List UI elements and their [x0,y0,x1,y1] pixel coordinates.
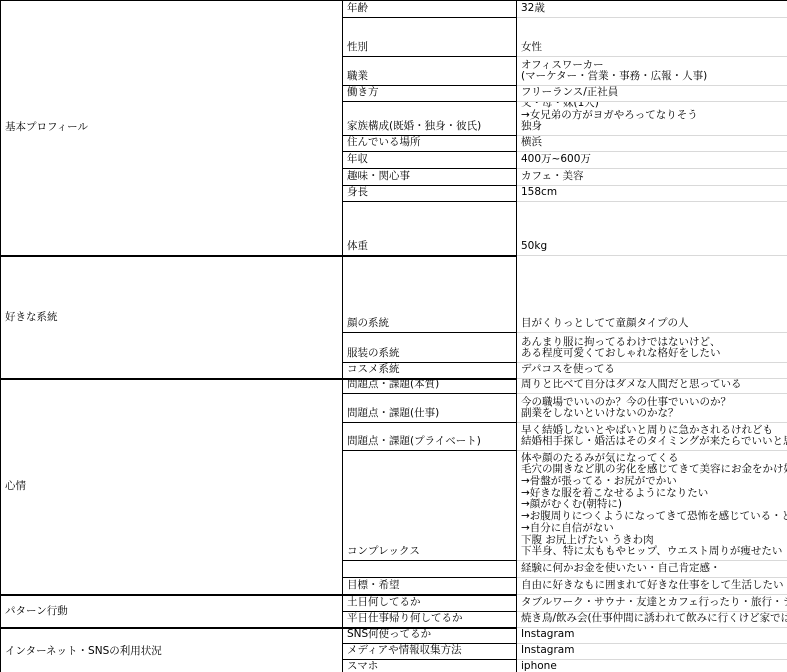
value-line: 経験に何かお金を使いたい・自己肯定感・ [521,563,787,575]
category-cell[interactable]: インターネット・SNSの利用状況 [0,627,343,672]
value-line: Instagram [521,629,787,641]
item-label: 年収 [347,154,516,166]
item-cell[interactable]: 家族構成(既婚・独身・彼氏) [343,101,517,135]
value-cell[interactable]: 経験に何かお金を使いたい・自己肯定感・ [517,560,787,577]
category-cell[interactable]: 好きな系統 [0,255,343,378]
item-label: 年齢 [347,3,516,15]
item-label: 問題点・課題(プライベート) [347,436,516,448]
category-label: 心情 [5,481,342,493]
value-line: 横浜 [521,137,787,149]
item-cell[interactable]: 目標・希望 [343,577,517,594]
item-cell[interactable]: 年齢 [343,0,517,17]
value-line: 158cm [521,187,787,199]
item-cell[interactable]: スマホ [343,659,517,672]
item-label: メディアや情報収集方法 [347,645,516,657]
value-line: 独身 [521,121,787,133]
value-line: 焼き鳥/飲み会(仕事仲間に誘われて飲みに行くけど家では飲 [521,613,787,625]
value-line: 結婚相手探し・婚活はそのタイミングが来たらでいいと思っ [521,436,787,448]
item-cell[interactable]: コスメ系統 [343,362,517,378]
item-label: 職業 [347,71,516,83]
value-line: Instagram [521,645,787,657]
value-cell[interactable]: カフェ・美容 [517,168,787,185]
value-line: 周りと比べて自分はダメな人間だと思っている [521,379,787,391]
value-line: (マーケター・営業・事務・広報・人事) [521,71,787,83]
category-label: パターン行動 [5,606,342,618]
value-line: iphone [521,661,787,672]
item-cell[interactable]: 趣味・関心事 [343,168,517,185]
value-cell[interactable]: 32歳 [517,0,787,17]
item-cell[interactable]: コンプレックス [343,450,517,560]
category-cell[interactable]: パターン行動 [0,594,343,627]
value-cell[interactable]: 女性 [517,17,787,56]
item-cell[interactable]: 身長 [343,185,517,201]
item-cell[interactable]: 問題点・課題(プライベート) [343,422,517,450]
item-cell[interactable]: 問題点・課題(本質) [343,378,517,393]
item-cell[interactable]: 顔の系統 [343,255,517,332]
value-line: 目がくりっとしてて童顔タイプの人 [521,318,787,330]
item-cell[interactable]: メディアや情報収集方法 [343,643,517,659]
value-cell[interactable]: タブルワーク・サウナ・友達とカフェ行ったり・旅行・ラン [517,594,787,611]
item-cell[interactable]: 働き方 [343,85,517,101]
value-cell[interactable]: 自由に好きなもに囲まれて好きな仕事をして生活したい [517,577,787,594]
value-cell[interactable]: 父・母・妹(1人)→女兄弟の方がヨガやろってなりそう独身 [517,101,787,135]
item-cell[interactable]: SNS何使ってるか [343,627,517,643]
value-line: 下半身、特に太ももやヒップ、ウエスト周りが痩せたい [521,546,787,558]
value-line: →女兄弟の方がヨガやろってなりそう [521,110,787,122]
value-line: フリーランス/正社員 [521,87,787,99]
item-cell[interactable]: 土日何してるか [343,594,517,611]
item-label: 住んでいる場所 [347,137,516,149]
value-cell[interactable]: あんまり服に拘ってるわけではないけど、ある程度可愛くておしゃれな格好をしたい [517,332,787,362]
item-label: 問題点・課題(本質) [347,379,516,391]
item-label: 働き方 [347,87,516,99]
item-cell[interactable]: 体重 [343,201,517,255]
category-label: インターネット・SNSの利用状況 [5,646,342,658]
item-label: コスメ系統 [347,364,516,376]
value-line: 32歳 [521,3,787,15]
value-cell[interactable]: デパコスを使ってる [517,362,787,378]
value-cell[interactable]: フリーランス/正社員 [517,85,787,101]
value-cell[interactable]: iphone [517,659,787,672]
item-label: 性別 [347,42,516,54]
item-cell[interactable]: 年収 [343,151,517,168]
value-cell[interactable]: 早く結婚しないとやばいと周りに急かされるけれども結婚相手探し・婚活はそのタイミン… [517,422,787,450]
value-line: 副業をしないといけないのかな？ [521,408,787,420]
item-cell[interactable]: 職業 [343,56,517,85]
value-cell[interactable]: 焼き鳥/飲み会(仕事仲間に誘われて飲みに行くけど家では飲 [517,611,787,627]
value-line: →自分に自信がない [521,523,787,535]
item-cell[interactable]: 問題点・課題(仕事) [343,393,517,422]
item-label: 家族構成(既婚・独身・彼氏) [347,121,516,133]
value-line: カフェ・美容 [521,171,787,183]
value-line: デパコスを使ってる [521,364,787,376]
value-cell[interactable]: 横浜 [517,135,787,151]
value-line: ある程度可愛くておしゃれな格好をしたい [521,348,787,360]
value-line: 自由に好きなもに囲まれて好きな仕事をして生活したい [521,580,787,592]
item-cell[interactable] [343,560,517,577]
value-cell[interactable]: 周りと比べて自分はダメな人間だと思っている [517,378,787,393]
item-label: 体重 [347,241,516,253]
persona-spreadsheet: 基本プロフィール年齢32歳性別女性職業オフィスワーカー(マーケター・営業・事務・… [0,0,787,672]
item-label: 顔の系統 [347,318,516,330]
item-label: 土日何してるか [347,597,516,609]
value-cell[interactable]: Instagram [517,627,787,643]
item-label: コンプレックス [347,546,516,558]
value-cell[interactable]: 今の職場でいいのか？今の仕事でいいのか？副業をしないといけないのかな？ [517,393,787,422]
item-label: スマホ [347,661,516,672]
value-cell[interactable]: 158cm [517,185,787,201]
value-cell[interactable]: 400万~600万 [517,151,787,168]
item-cell[interactable]: 住んでいる場所 [343,135,517,151]
category-cell[interactable]: 基本プロフィール [0,0,343,255]
item-label: 問題点・課題(仕事) [347,408,516,420]
value-cell[interactable]: Instagram [517,643,787,659]
value-cell[interactable]: 目がくりっとしてて童顔タイプの人 [517,255,787,332]
value-cell[interactable]: 体や顔のたるみが気になってくる毛穴の開きなど肌の劣化を感じてきて美容にお金をかけ… [517,450,787,560]
category-label: 好きな系統 [5,312,342,324]
item-label: 服装の系統 [347,348,516,360]
category-label: 基本プロフィール [5,122,342,134]
value-line: 女性 [521,42,787,54]
item-label: 目標・希望 [347,580,516,592]
item-cell[interactable]: 性別 [343,17,517,56]
category-cell[interactable]: 心情 [0,378,343,594]
value-line: タブルワーク・サウナ・友達とカフェ行ったり・旅行・ラン [521,597,787,609]
item-label: SNS何使ってるか [347,629,516,641]
item-label: 平日仕事帰り何してるか [347,613,516,625]
value-cell[interactable]: オフィスワーカー(マーケター・営業・事務・広報・人事) [517,56,787,85]
item-cell[interactable]: 平日仕事帰り何してるか [343,611,517,627]
value-cell[interactable]: 50kg [517,201,787,255]
item-cell[interactable]: 服装の系統 [343,332,517,362]
value-line: 400万~600万 [521,154,787,166]
item-label: 身長 [347,187,516,199]
item-label: 趣味・関心事 [347,171,516,183]
value-line: 50kg [521,241,787,253]
